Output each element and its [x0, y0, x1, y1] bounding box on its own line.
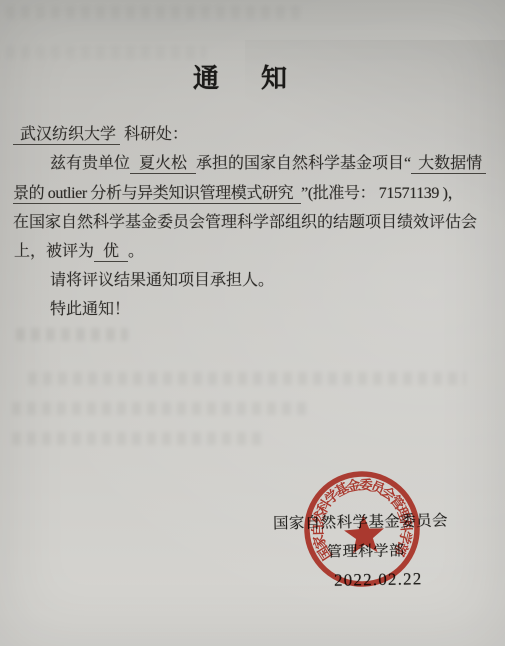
recipient-suffix: 科研处：	[120, 126, 188, 143]
recipient-line: 武汉纺织大学 科研处：	[13, 125, 188, 145]
body-line-3: 景的 outlier 分析与异类知识管理模式研究”(批准号： 71571139 …	[13, 184, 463, 204]
document-photo: 通 知 武汉纺织大学 科研处： 兹有贵单位夏火松承担的国家自然科学基金项目“大数…	[0, 0, 505, 646]
body-line-2: 兹有贵单位夏火松承担的国家自然科学基金项目“大数据情	[50, 154, 486, 174]
grantee-name: 夏火松	[130, 155, 196, 174]
evaluation-grade: 优	[94, 243, 128, 262]
recipient-name: 武汉纺织大学	[13, 126, 120, 145]
page-title: 通 知	[193, 58, 287, 95]
bleedthrough-text-ghost	[12, 432, 264, 445]
project-title-part2: 景的 outlier 分析与异类知识管理模式研究	[13, 185, 301, 204]
body-text: 上，被评为	[14, 243, 94, 260]
bleedthrough-text-ghost	[16, 328, 128, 341]
body-text: 。	[128, 243, 144, 260]
grant-number-text: ”(批准号： 71571139 )，	[301, 185, 463, 202]
body-line-4: 在国家自然科学基金委员会管理科学部组织的结题项目绩效评估会	[13, 213, 477, 233]
bleedthrough-text-ghost	[12, 402, 312, 415]
official-seal: 国家自然科学基金委员会管理科学部	[278, 445, 446, 613]
body-line-6: 请将评议结果通知项目承担人。	[50, 271, 274, 291]
body-line-7: 特此通知！	[50, 300, 130, 320]
title-char-2: 知	[261, 58, 287, 95]
body-text: 兹有贵单位	[50, 155, 130, 172]
body-line-5: 上，被评为优。	[14, 242, 144, 262]
bleedthrough-text-ghost	[6, 46, 206, 59]
project-title-part1: 大数据情	[411, 155, 486, 174]
seal-star-icon	[343, 514, 385, 554]
bleedthrough-text-ghost	[28, 372, 466, 385]
title-char-1: 通	[193, 58, 219, 95]
bleedthrough-text-ghost	[6, 6, 306, 19]
body-text: 承担的国家自然科学基金项目	[196, 155, 404, 172]
